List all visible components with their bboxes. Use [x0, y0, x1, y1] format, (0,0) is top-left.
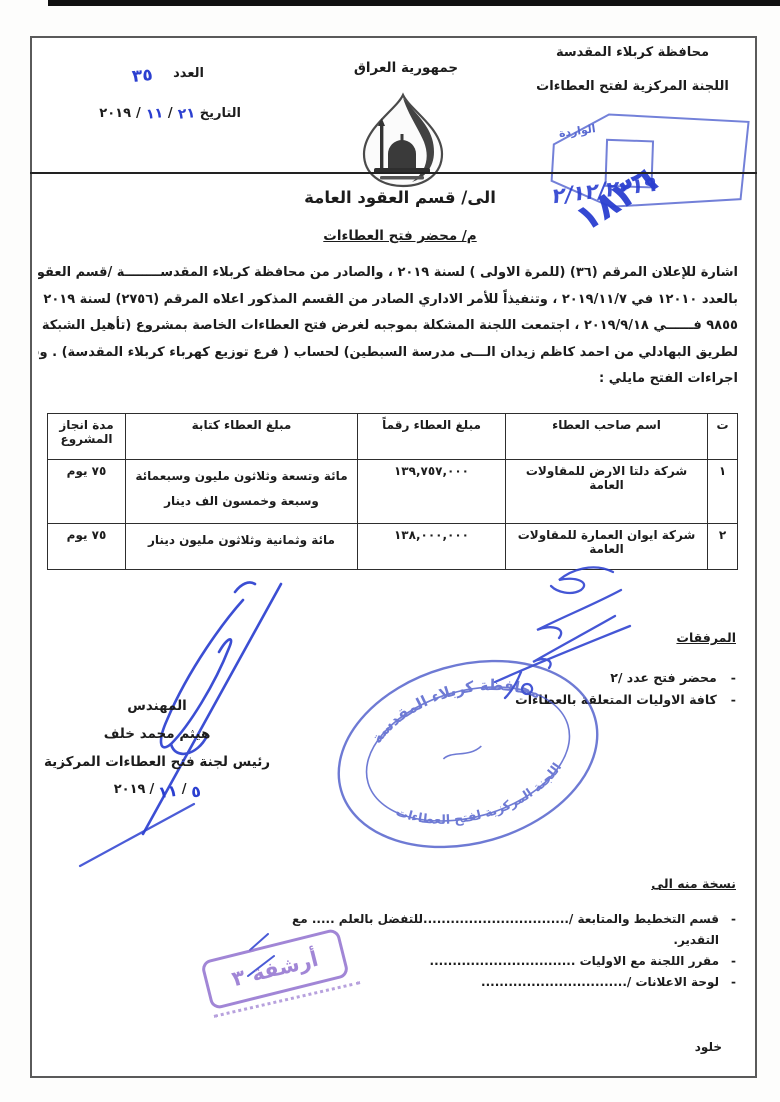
copy-to-text: مقرر اللجنة مع الاوليات ................…	[430, 951, 719, 972]
attachment-text: محضر فتح عدد /٢	[610, 667, 717, 689]
typist-name: خلود	[695, 1040, 722, 1054]
body-line: اجراءات الفتح مايلي :	[38, 366, 738, 393]
doc-date-line: التاريخ ٢١ / ١١ / ٢٠١٩	[56, 106, 241, 122]
dash-bullet: -	[731, 951, 736, 972]
oval-stamp-top-text: محافظة كربلاء المقدسة	[360, 658, 548, 750]
org-committee: اللجنة المركزية لفتح العطاءات	[525, 80, 740, 94]
number-label: العدد	[173, 66, 204, 81]
date-separator: /	[136, 106, 141, 122]
dash-bullet: -	[731, 909, 736, 951]
col-header-amount-words: مبلغ العطاء كتابة	[126, 414, 358, 460]
bidder-name: شركة دلتا الارض للمقاولات العامة	[506, 460, 708, 524]
doc-number-line: العدد ٣٥	[84, 66, 204, 86]
signatory-role: رئيس لجنة فتح العطاءات المركزية	[28, 754, 286, 770]
date-day-handwritten: ٢١	[177, 105, 196, 123]
subject-line: م/ محضر فتح العطاءات	[190, 228, 610, 244]
copy-to-title: نسخة منه الى	[276, 876, 736, 891]
number-value-handwritten: ٣٥	[131, 65, 154, 87]
dash-bullet: -	[731, 667, 736, 689]
committee-oval-stamp: محافظة كربلاء المقدسة اللجنة المركزية لف…	[328, 652, 608, 857]
shrine-emblem-logo	[350, 92, 456, 192]
scan-edge-artifact	[48, 0, 780, 6]
duration: ٧٥ يوم	[48, 524, 126, 570]
body-line: بالعدد ١٢٠١٠ في ٢٠١٩/١١/٧ ، وتنفيذاً للأ…	[38, 287, 738, 314]
address-line: الى/ قسم العقود العامة	[190, 188, 610, 207]
country-title: جمهورية العراق	[338, 60, 474, 76]
body-line: لطريق البهادلي من احمد كاظم زيدان الـــى…	[38, 340, 738, 367]
body-line: اشارة للإعلان المرقم (٣٦) (للمرة الاولى …	[38, 260, 738, 287]
signature-block: المهندس هيثم محمد خلف رئيس لجنة فتح العط…	[28, 698, 286, 813]
amount-words: مائة وتسعة وثلاثون مليون وسبعمائة وسبعة …	[126, 460, 358, 524]
col-header-amount-figures: مبلغ العطاء رقماً	[358, 414, 506, 460]
row-no: ١	[708, 460, 738, 524]
col-header-bidder: اسم صاحب العطاء	[506, 414, 708, 460]
row-no: ٢	[708, 524, 738, 570]
copy-to-item: - قسم التخطيط والمتابعة /...............…	[276, 909, 736, 951]
attachments-title: المرفقات	[486, 630, 736, 645]
body-line: ٩٨٥٥ فــــــي ٢٠١٩/٩/١٨ ، اجتمعت اللجنة …	[38, 313, 738, 340]
svg-text:محافظة كربلاء المقدسة: محافظة كربلاء المقدسة	[360, 658, 548, 750]
col-header-duration: مدة انجاز المشروع	[48, 414, 126, 460]
bids-table: ت اسم صاحب العطاء مبلغ العطاء رقماً مبلغ…	[47, 413, 738, 570]
org-name: محافظة كربلاء المقدسة	[525, 46, 740, 60]
incoming-stamp-label: الواردة	[558, 122, 596, 140]
signatory-title: المهندس	[28, 698, 286, 714]
signature-flourish-ink	[72, 798, 202, 873]
duration: ٧٥ يوم	[48, 460, 126, 524]
body-paragraph: اشارة للإعلان المرقم (٣٦) (للمرة الاولى …	[38, 260, 738, 393]
date-label: التاريخ	[200, 106, 241, 122]
oval-stamp-bottom-text: اللجنة المركزية لفتح العطاءات	[391, 757, 573, 845]
table-row: ١ شركة دلتا الارض للمقاولات العامة ١٣٩,٧…	[48, 460, 738, 524]
svg-text:اللجنة المركزية لفتح العطاءات: اللجنة المركزية لفتح العطاءات	[391, 757, 573, 845]
date-separator: /	[168, 106, 173, 122]
signatory-name: هيثم محمد خلف	[28, 726, 286, 742]
table-header-row: ت اسم صاحب العطاء مبلغ العطاء رقماً مبلغ…	[48, 414, 738, 460]
header-divider	[30, 172, 757, 174]
date-year: ٢٠١٩	[99, 106, 131, 122]
amount-words: مائة وثمانية وثلاثون مليون دينار	[126, 524, 358, 570]
amount-figures: ١٣٩,٧٥٧,٠٠٠	[358, 460, 506, 524]
date-month-handwritten: ١١	[145, 105, 164, 123]
dash-bullet: -	[731, 972, 736, 993]
copy-to-text: قسم التخطيط والمتابعة /.................…	[276, 909, 719, 951]
copy-to-text: لوحة الاعلانات /........................…	[481, 972, 719, 993]
col-header-no: ت	[708, 414, 738, 460]
dash-bullet: -	[731, 689, 736, 711]
